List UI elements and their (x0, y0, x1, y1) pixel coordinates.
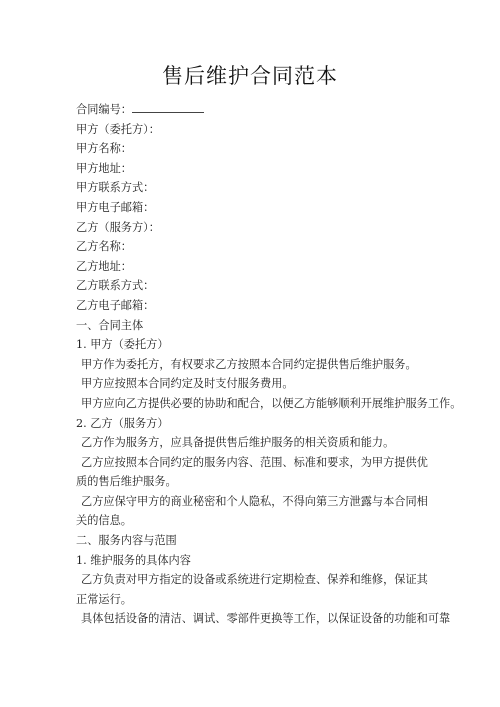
party-b-name-field: 乙方名称： (76, 237, 432, 257)
party-a-contact-field: 甲方联系方式： (76, 178, 432, 198)
subsection-heading: 1. 维护服务的具体内容 (76, 551, 432, 571)
subsection-heading: 2. 乙方（服务方） (76, 414, 432, 434)
section-heading: 一、合同主体 (76, 316, 432, 336)
party-b-address-field: 乙方地址： (76, 257, 432, 277)
section-heading: 二、服务内容与范围 (76, 531, 432, 551)
party-a-name-field: 甲方名称： (76, 139, 432, 159)
party-b-heading: 乙方（服务方）： (76, 218, 432, 238)
party-b-contact-field: 乙方联系方式： (76, 276, 432, 296)
subsection-heading: 1. 甲方（委托方） (76, 335, 432, 355)
party-a-heading: 甲方（委托方）： (76, 120, 432, 140)
party-a-email-field: 甲方电子邮箱： (76, 198, 432, 218)
paragraph: 乙方应保守甲方的商业秘密和个人隐私，不得向第三方泄露与本合同相关的信息。 (76, 492, 432, 531)
paragraph: 甲方应向乙方提供必要的协助和配合，以便乙方能够顺利开展维护服务工作。 (76, 394, 432, 414)
document-body: 合同编号： 甲方（委托方）： 甲方名称： 甲方地址： 甲方联系方式： 甲方电子邮… (76, 100, 432, 629)
contract-number-blank (132, 102, 204, 113)
document-title: 售后维护合同范本 (0, 60, 500, 90)
paragraph: 具体包括设备的清洁、调试、零部件更换等工作，以保证设备的功能和可靠 (76, 609, 432, 629)
paragraph: 甲方作为委托方，有权要求乙方按照本合同约定提供售后维护服务。 (76, 355, 432, 375)
party-a-address-field: 甲方地址： (76, 159, 432, 179)
paragraph: 乙方应按照本合同约定的服务内容、范围、标准和要求，为甲方提供优质的售后维护服务。 (76, 453, 432, 492)
party-b-email-field: 乙方电子邮箱： (76, 296, 432, 316)
paragraph: 乙方负责对甲方指定的设备或系统进行定期检查、保养和维修，保证其正常运行。 (76, 570, 432, 609)
paragraph: 乙方作为服务方，应具备提供售后维护服务的相关资质和能力。 (76, 433, 432, 453)
paragraph: 甲方应按照本合同约定及时支付服务费用。 (76, 374, 432, 394)
contract-number-field: 合同编号： (76, 100, 432, 120)
